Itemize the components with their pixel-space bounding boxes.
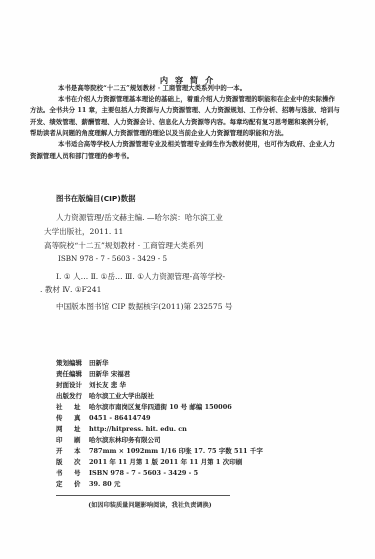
colophon-label-char: 印 (56, 435, 74, 446)
colophon-row-isbn: 书号ISBN 978 - 7 - 5603 - 3429 - 5 (56, 468, 198, 479)
summary-paragraph-2-line-4: 帮助读者从问题的角度理解人力资源管理的理论以及当前企业人力资源管理的职能和方法。 (30, 128, 288, 139)
colophon-label-char: 版 (56, 457, 74, 468)
summary-paragraph-3-line-2: 资源管理人员和部门管理的参考书。 (30, 151, 133, 162)
summary-paragraph-2-line-3: 开发、绩效管理、薪酬管理、人力资源会计、信息化人力资源等内容。每章均配有复习思考… (30, 117, 333, 128)
cip-heading: 图书在版编目(CIP)数据 (56, 193, 135, 205)
colophon-label-char: 定 (56, 479, 74, 490)
cip-catalog-number: 中国版本图书馆 CIP 数据核字(2011)第 232575 号 (56, 301, 233, 313)
summary-paragraph-2-line-1: 本书在介绍人力资源管理基本理论的基础上，着重介绍人力资源管理的职能和在企业中的实… (58, 94, 335, 105)
colophon-label-char: 传 (56, 413, 74, 424)
colophon-label-char: 社 (56, 402, 74, 413)
colophon-label-char: 真 (74, 413, 81, 424)
colophon-label: 出版发行 (56, 391, 89, 402)
colophon-row-responsible-editor: 责任编辑田新华 宋福君 (56, 369, 130, 380)
colophon-value: 787mm × 1092mm 1/16 印张 17. 75 字数 511 千字 (89, 446, 263, 457)
colophon-row-address: 社址哈尔滨市南岗区复华四道街 10 号 邮编 150006 (56, 402, 232, 413)
colophon-row-planning-editor: 策划编辑田新华 (56, 358, 109, 369)
colophon-label: 策划编辑 (56, 358, 89, 369)
colophon-value: 39. 80 元 (89, 479, 120, 490)
colophon-label-char: 书 (56, 468, 74, 479)
colophon-label-char: 刷 (74, 435, 81, 446)
colophon-label: 责任编辑 (56, 369, 89, 380)
colophon-row-publisher: 出版发行哈尔滨工业大学出版社 (56, 391, 154, 402)
colophon-row-format: 开本787mm × 1092mm 1/16 印张 17. 75 字数 511 千… (56, 446, 263, 457)
colophon-value: http://hitpress. hit. edu. cn (89, 424, 187, 435)
colophon-label-char: 号 (74, 468, 81, 479)
colophon-value: 田新华 宋福君 (89, 369, 130, 380)
colophon-label-char: 价 (74, 479, 81, 490)
cip-line-series: 高等院校“十二五”规划教材 · 工商管理大类系列 (44, 240, 203, 252)
colophon-value: 哈尔滨市南岗区复华四道街 10 号 邮编 150006 (89, 402, 232, 413)
colophon-label-char: 开 (56, 446, 74, 457)
summary-paragraph-2-line-2: 方法。全书共分 11 章，主要包括人力资源与人力资源管理、人力资源规划、工作分析… (30, 105, 340, 116)
colophon-label-char: 址 (74, 402, 81, 413)
cip-line-publisher-date: 大学出版社，2011. 11 (44, 226, 123, 238)
colophon-label-char: 次 (74, 457, 81, 468)
colophon-row-cover-design: 封面设计刘长友 悲 华 (56, 380, 126, 391)
cip-line-title-author: 人力资源管理/岳文赫主编. —哈尔滨：哈尔滨工业 (56, 212, 223, 224)
colophon-value: 哈尔滨工业大学出版社 (89, 391, 154, 402)
colophon-row-price: 定价39. 80 元 (56, 479, 120, 490)
cip-line-isbn: ISBN 978 - 7 - 5603 - 3429 - 5 (58, 253, 167, 265)
colophon-row-printer: 印刷哈尔滨东林印务有限公司 (56, 435, 161, 446)
colophon-label-char: 址 (74, 424, 81, 435)
colophon-value: ISBN 978 - 7 - 5603 - 3429 - 5 (89, 468, 198, 479)
colophon-value: 2011 年 11 月第 1 版 2011 年 11 月第 1 次印刷 (89, 457, 242, 468)
cip-classification-line-1: Ⅰ. ① 人… Ⅱ. ①岳… Ⅲ. ①人力资源管理-高等学校- (56, 271, 225, 283)
colophon-value: 田新华 (89, 358, 109, 369)
copyright-page: 内 容 简 介 本书是高等院校“十二五”规划教材 · 工商管理大类系列中的一本。… (0, 0, 375, 559)
cip-classification-line-2: . 教材 Ⅳ. ①F241 (40, 284, 101, 296)
summary-paragraph-1: 本书是高等院校“十二五”规划教材 · 工商管理大类系列中的一本。 (58, 83, 246, 94)
colophon-label: 封面设计 (56, 380, 89, 391)
colophon-value: 刘长友 悲 华 (89, 380, 126, 391)
colophon-row-website: 网址http://hitpress. hit. edu. cn (56, 424, 187, 435)
colophon-label-char: 网 (56, 424, 74, 435)
footer-note: (如因印装质量问题影响阅读，我社负责调换) (0, 500, 300, 509)
colophon-value: 哈尔滨东林印务有限公司 (89, 435, 161, 446)
summary-paragraph-3-line-1: 本书适合高等学校人力资源管理专业及相关管理专业师生作为教材使用，也可作为政府、企… (58, 139, 335, 150)
divider-rule (56, 495, 230, 496)
colophon-row-edition: 版次2011 年 11 月第 1 版 2011 年 11 月第 1 次印刷 (56, 457, 242, 468)
colophon-value: 0451 - 86414749 (89, 413, 151, 424)
colophon-label-char: 本 (74, 446, 81, 457)
colophon-row-fax: 传真0451 - 86414749 (56, 413, 151, 424)
